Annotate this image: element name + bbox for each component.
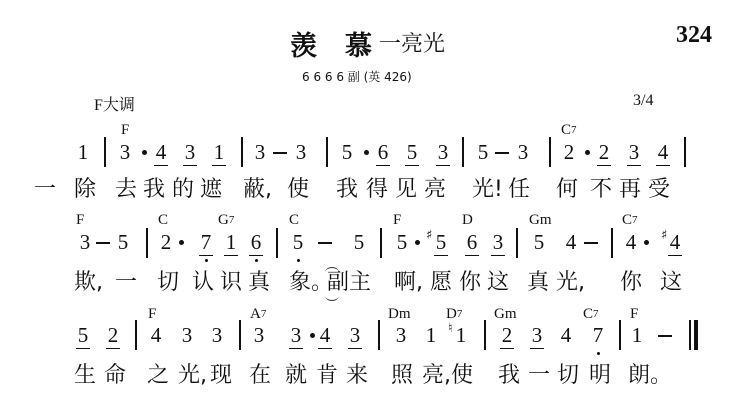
note: 1 (222, 231, 240, 253)
chord-symbol: D (462, 213, 473, 228)
lyric-syllable: 真 (248, 271, 270, 295)
sustain-dash (273, 152, 287, 154)
dotted-note-dot (415, 240, 420, 245)
title-char-2: 慕 (345, 24, 372, 63)
bar-line (484, 320, 486, 350)
lyric-syllable: 一 (34, 178, 56, 202)
dotted-note-dot (179, 240, 184, 245)
note: 4 (152, 141, 170, 163)
subtitle: 一亮光 (379, 27, 445, 58)
note: 6 (463, 231, 481, 253)
chord-root: D (446, 306, 457, 322)
meter-info: 6 6 6 6 副 (英 426) (302, 68, 412, 85)
chord-extension: 7 (457, 308, 463, 320)
chord-root: Gm (529, 212, 552, 228)
lyric-syllable: 在 (249, 364, 271, 388)
sustain-dash (584, 242, 598, 244)
lyric-syllable: 一 (115, 271, 137, 295)
final-bar-thin (689, 320, 691, 350)
note: 1 (210, 141, 228, 163)
bar-line (239, 320, 241, 350)
bar-line (516, 228, 518, 258)
dotted-note-dot (644, 240, 649, 245)
lyric-syllable: 现 (210, 364, 232, 388)
note: 2 (560, 141, 578, 163)
chord-root: F (393, 212, 401, 228)
lyric-syllable: 这 (487, 271, 509, 295)
lyric-syllable: 啊, (394, 271, 423, 295)
bar-line (549, 137, 551, 167)
note: 3 (116, 141, 134, 163)
note: 2 (157, 231, 175, 253)
sustain-dash (495, 152, 509, 154)
bar-line (611, 228, 613, 258)
bar-line (146, 228, 148, 258)
note: 1 (628, 324, 646, 346)
lyric-syllable: 之 (147, 364, 169, 388)
note: 3 (250, 324, 268, 346)
note: 5 (474, 141, 492, 163)
chord-extension: 7 (593, 308, 599, 320)
note: 4 (622, 231, 640, 253)
sharp-icon: ♯ (426, 228, 432, 243)
lyric-syllable: 照 (391, 364, 413, 388)
lyric-syllable: 生 (74, 364, 96, 388)
lyric-syllable: 光, (178, 364, 207, 388)
note: 6 (374, 141, 392, 163)
bar-line (241, 137, 243, 167)
chord-root: Dm (388, 306, 411, 322)
note: 4 (557, 324, 575, 346)
note: 3 (208, 324, 226, 346)
lyric-syllable: 就 (285, 364, 307, 388)
chord-symbol: F (76, 213, 84, 228)
note: 5 (432, 231, 450, 253)
lyric-syllable: 这 (660, 271, 682, 295)
note: 3 (514, 141, 532, 163)
note: 3 (292, 141, 310, 163)
note: 7 (197, 231, 215, 253)
sustain-dash (318, 242, 332, 244)
chord-root: C (622, 212, 632, 228)
chord-root: C (561, 122, 571, 138)
lyric-syllable: 除 (74, 178, 96, 202)
note: 3 (251, 141, 269, 163)
note: 1 (452, 324, 470, 346)
lyric-syllable: 遮 (200, 178, 222, 202)
dotted-note-dot (364, 150, 369, 155)
lyric-syllable: 何 (556, 178, 578, 202)
chord-root: C (583, 306, 593, 322)
note: 3 (287, 324, 305, 346)
note: 5 (114, 231, 132, 253)
bar-line (684, 137, 686, 167)
sustain-dash (658, 335, 672, 337)
bar-line (619, 320, 621, 350)
refrain-bracket-bottom (325, 290, 339, 301)
chord-symbol: Gm (494, 307, 517, 322)
natural-icon: ♮ (448, 321, 453, 336)
note: 5 (393, 231, 411, 253)
lyric-syllable: 的 (172, 178, 194, 202)
key-signature: F大调 (94, 92, 135, 115)
chord-root: F (76, 212, 84, 228)
lyric-syllable: 不 (590, 178, 612, 202)
lyric-syllable: 来 (346, 364, 368, 388)
lyric-syllable: 使 (287, 178, 309, 202)
note: 3 (434, 141, 452, 163)
lyric-syllable: 一 (528, 364, 550, 388)
lyric-syllable: 欺, (74, 271, 103, 295)
note: 3 (392, 324, 410, 346)
chord-symbol: F (393, 213, 401, 228)
chord-symbol: Gm (529, 213, 552, 228)
chord-root: F (148, 306, 156, 322)
chord-root: C (289, 212, 299, 228)
chord-extension: 7 (261, 308, 267, 320)
chord-symbol: C7 (583, 307, 599, 323)
chord-symbol: C (158, 213, 168, 228)
lyric-syllable: 你 (620, 271, 642, 295)
chord-symbol: C (289, 213, 299, 228)
chord-root: F (630, 306, 638, 322)
note: 3 (76, 231, 94, 253)
note: 6 (247, 231, 265, 253)
note: 4 (316, 324, 334, 346)
note: 2 (498, 324, 516, 346)
lyric-syllable: 使 (451, 364, 473, 388)
note: 3 (528, 324, 546, 346)
time-signature: 3/4 (633, 92, 653, 110)
bar-line (380, 228, 382, 258)
chord-root: C (158, 212, 168, 228)
chord-symbol: D7 (446, 307, 462, 323)
lyric-syllable: 命 (104, 364, 126, 388)
bar-line (276, 228, 278, 258)
lyric-syllable: 肯 (316, 364, 338, 388)
note: 4 (147, 324, 165, 346)
lyric-syllable: 愿 (430, 271, 452, 295)
dotted-note-dot (310, 333, 315, 338)
hymn-number: 324 (676, 22, 712, 49)
note: 4 (562, 231, 580, 253)
note: 5 (338, 141, 356, 163)
chord-symbol: C7 (561, 123, 577, 139)
chord-extension: 7 (632, 214, 638, 226)
lyric-syllable: 我 (336, 178, 358, 202)
lyric-syllable: 切 (557, 364, 579, 388)
dotted-note-dot (585, 150, 590, 155)
chord-symbol: Dm (388, 307, 411, 322)
lyric-syllable: 光, (556, 271, 585, 295)
chord-root: F (121, 122, 129, 138)
note: 3 (625, 141, 643, 163)
chord-symbol: C7 (622, 213, 638, 229)
note: 3 (489, 231, 507, 253)
lyric-syllable: 任 (508, 178, 530, 202)
chord-symbol: G7 (218, 213, 234, 229)
note: 2 (595, 141, 613, 163)
dotted-note-dot (142, 150, 147, 155)
lyric-syllable: 得 (366, 178, 388, 202)
chord-symbol: F (630, 307, 638, 322)
sustain-dash (96, 242, 110, 244)
final-bar-thick (694, 320, 698, 350)
chord-symbol: A7 (250, 307, 266, 323)
lyric-syllable: 去 (115, 178, 137, 202)
note: 4 (654, 141, 672, 163)
lyric-syllable: 光! (472, 178, 503, 202)
bar-line (462, 137, 464, 167)
sharp-icon: ♯ (661, 228, 667, 243)
chord-root: D (462, 212, 473, 228)
refrain-bracket-top (325, 267, 339, 278)
bar-line (135, 320, 137, 350)
bar-line (104, 137, 106, 167)
lyric-syllable: 亮, (422, 364, 451, 388)
lyric-syllable: 我 (143, 178, 165, 202)
chord-symbol: F (148, 307, 156, 322)
note: 5 (530, 231, 548, 253)
note: 3 (346, 324, 364, 346)
lyric-syllable: 我 (498, 364, 520, 388)
lyric-syllable: 识 (220, 271, 242, 295)
chord-root: G (218, 212, 229, 228)
chord-symbol: F (121, 123, 129, 138)
lyric-syllable: 亮 (424, 178, 446, 202)
bar-line (378, 320, 380, 350)
note: 5 (350, 231, 368, 253)
note: 1 (74, 141, 92, 163)
lyric-syllable: 朗。 (628, 364, 672, 388)
lyric-syllable: 切 (157, 271, 179, 295)
lyric-syllable: 受 (648, 178, 670, 202)
chord-root: Gm (494, 306, 517, 322)
lyric-syllable: 真 (527, 271, 549, 295)
title-char-1: 羡 (290, 24, 317, 63)
lyric-syllable: 见 (395, 178, 417, 202)
note: 5 (403, 141, 421, 163)
bar-line (326, 137, 328, 167)
note: 2 (104, 324, 122, 346)
note: 4 (666, 231, 684, 253)
note: 5 (74, 324, 92, 346)
note: 3 (178, 324, 196, 346)
note: 7 (589, 324, 607, 346)
lyric-syllable: 蔽, (243, 178, 272, 202)
chord-root: A (250, 306, 261, 322)
note: 1 (422, 324, 440, 346)
note: 3 (181, 141, 199, 163)
lyric-syllable: 明 (589, 364, 611, 388)
chord-extension: 7 (571, 124, 577, 136)
lyric-syllable: 再 (619, 178, 641, 202)
chord-extension: 7 (229, 214, 235, 226)
lyric-syllable: 你 (459, 271, 481, 295)
lyric-syllable: 主 (349, 271, 371, 295)
note: 5 (289, 231, 307, 253)
lyric-syllable: 认 (192, 271, 214, 295)
